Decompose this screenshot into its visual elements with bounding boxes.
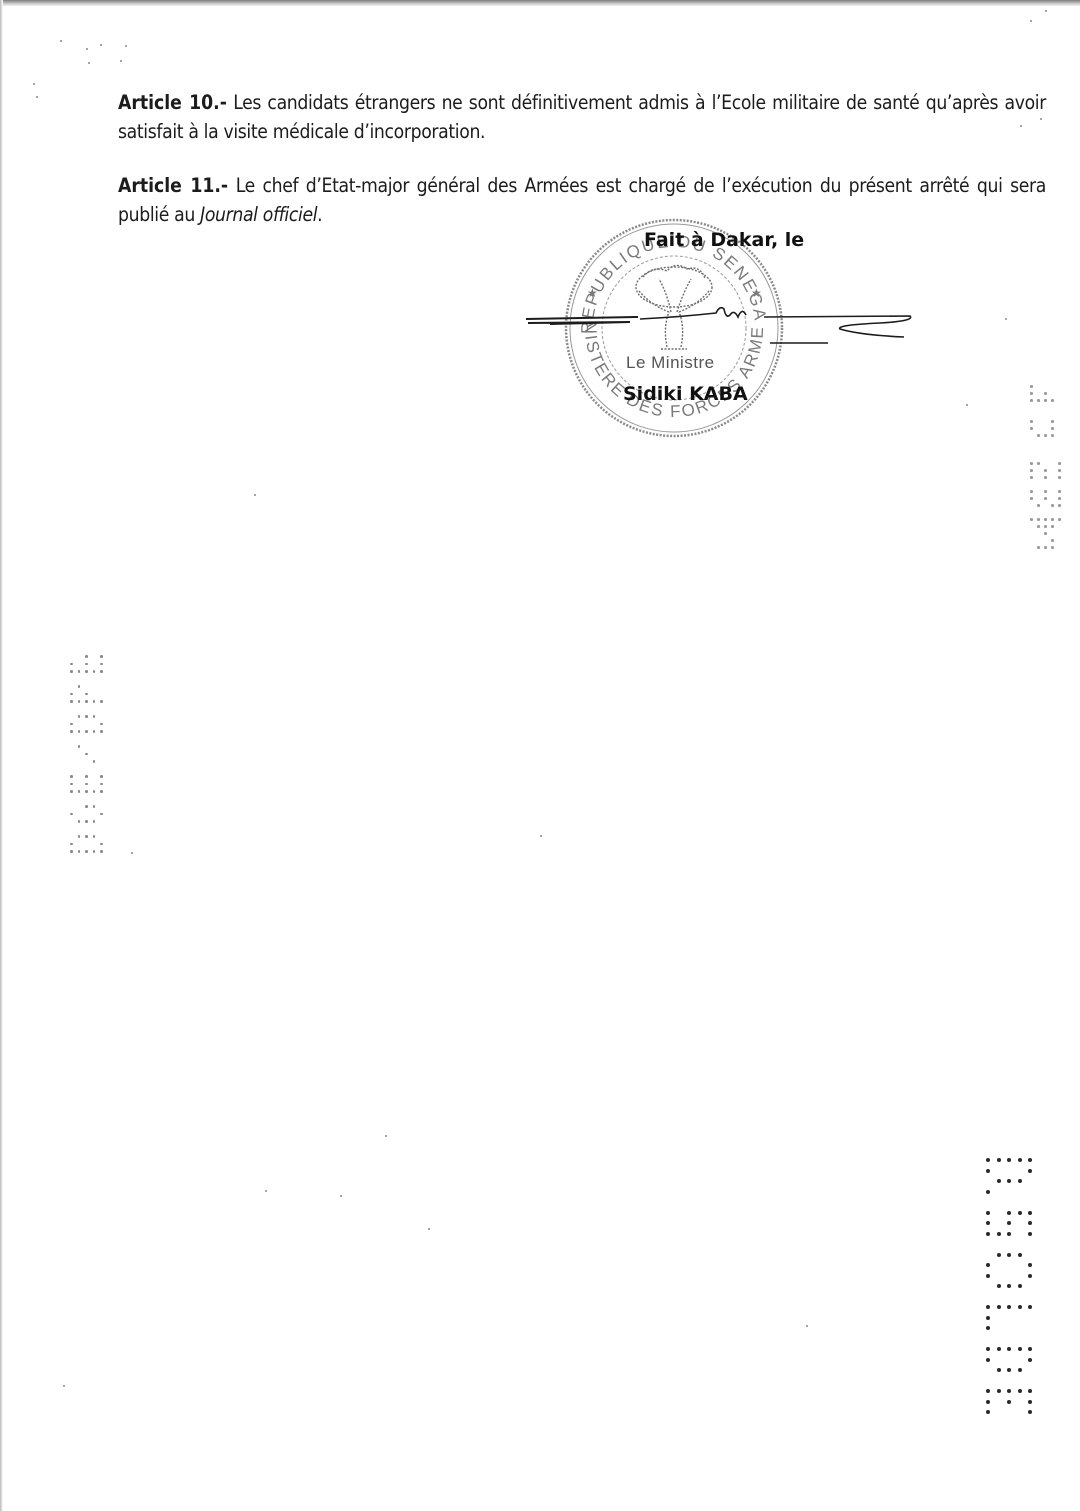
article-11-end: . (317, 203, 322, 226)
handwritten-signature-icon (520, 295, 920, 355)
article-10-label: Article 10.- (118, 91, 227, 114)
scan-top-edge (0, 0, 1080, 6)
place-date-line: Fait à Dakar, le (644, 229, 804, 251)
minister-title: Le Ministre (626, 353, 715, 373)
article-10: Article 10.- Les candidats étrangers ne … (118, 88, 1046, 146)
journal-officiel: Journal officiel (200, 203, 317, 226)
article-10-text: Les candidats étrangers ne sont définiti… (118, 91, 1046, 143)
scan-left-edge (0, 0, 3, 1511)
signer-name: Sidiki KABA (623, 383, 748, 405)
article-11-label: Article 11.- (118, 174, 228, 197)
